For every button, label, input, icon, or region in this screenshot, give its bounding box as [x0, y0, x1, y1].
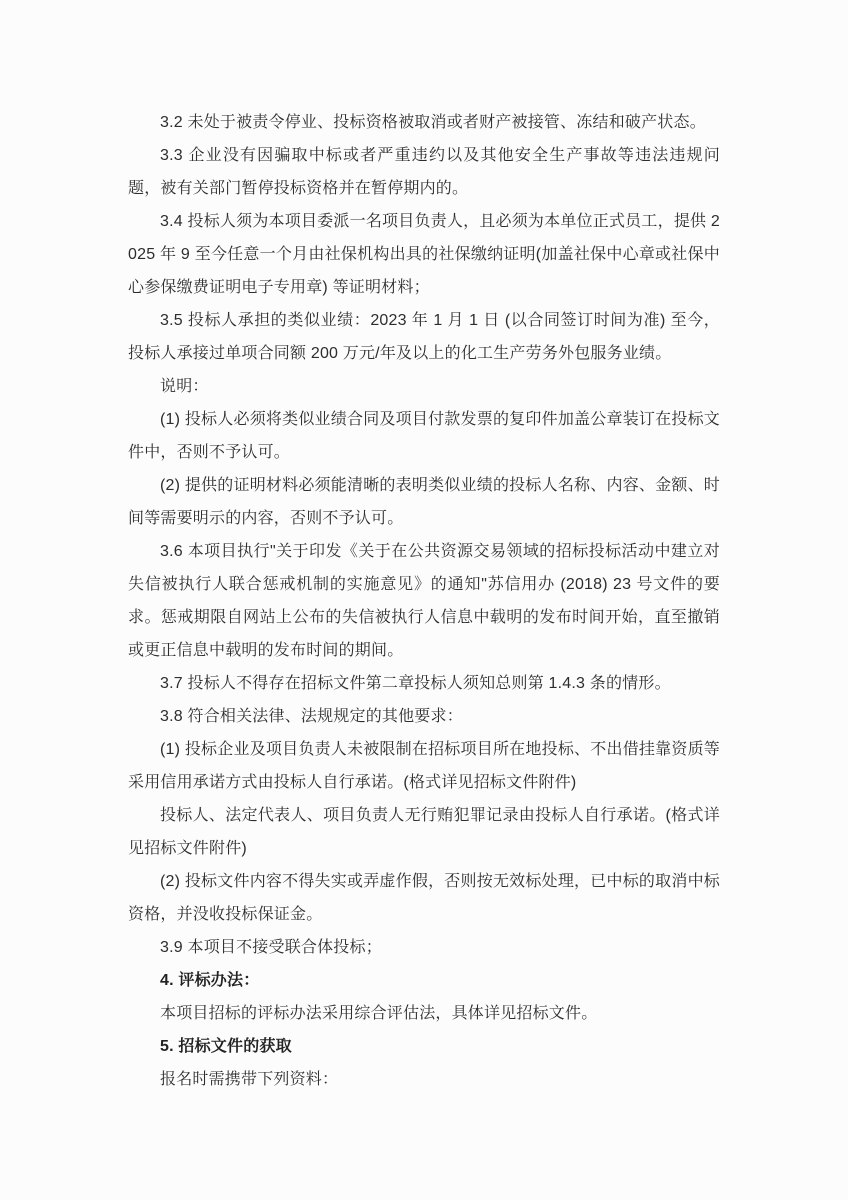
paragraph: 3.8 符合相关法律、法规规定的其他要求： [128, 700, 720, 733]
paragraph: 5. 招标文件的获取 [128, 1030, 720, 1063]
document-page: 3.2 未处于被责令停业、投标资格被取消或者财产被接管、冻结和破产状态。3.3 … [0, 0, 848, 1200]
paragraph: (1) 投标人必须将类似业绩合同及项目付款发票的复印件加盖公章装订在投标文件中，… [128, 403, 720, 469]
paragraph: 本项目招标的评标办法采用综合评估法，具体详见招标文件。 [128, 997, 720, 1030]
paragraph: 说明： [128, 370, 720, 403]
paragraph: 报名时需携带下列资料： [128, 1063, 720, 1096]
paragraph: (1) 投标企业及项目负责人未被限制在招标项目所在地投标、不出借挂靠资质等采用信… [128, 733, 720, 799]
paragraph: 3.4 投标人须为本项目委派一名项目负责人，且必须为本单位正式员工，提供 202… [128, 205, 720, 304]
paragraph: 3.9 本项目不接受联合体投标； [128, 931, 720, 964]
paragraph: 4. 评标办法： [128, 964, 720, 997]
paragraph: (2) 提供的证明材料必须能清晰的表明类似业绩的投标人名称、内容、金额、时间等需… [128, 469, 720, 535]
paragraph: 3.7 投标人不得存在招标文件第二章投标人须知总则第 1.4.3 条的情形。 [128, 667, 720, 700]
paragraph: 3.2 未处于被责令停业、投标资格被取消或者财产被接管、冻结和破产状态。 [128, 106, 720, 139]
paragraph: 3.3 企业没有因骗取中标或者严重违约以及其他安全生产事故等违法违规问题，被有关… [128, 139, 720, 205]
paragraph: 3.5 投标人承担的类似业绩：2023 年 1 月 1 日 (以合同签订时间为准… [128, 304, 720, 370]
document-content: 3.2 未处于被责令停业、投标资格被取消或者财产被接管、冻结和破产状态。3.3 … [128, 106, 720, 1096]
paragraph: (2) 投标文件内容不得失实或弄虚作假，否则按无效标处理，已中标的取消中标资格，… [128, 865, 720, 931]
paragraph: 3.6 本项目执行"关于印发《关于在公共资源交易领域的招标投标活动中建立对失信被… [128, 535, 720, 667]
paragraph: 投标人、法定代表人、项目负责人无行贿犯罪记录由投标人自行承诺。(格式详见招标文件… [128, 799, 720, 865]
